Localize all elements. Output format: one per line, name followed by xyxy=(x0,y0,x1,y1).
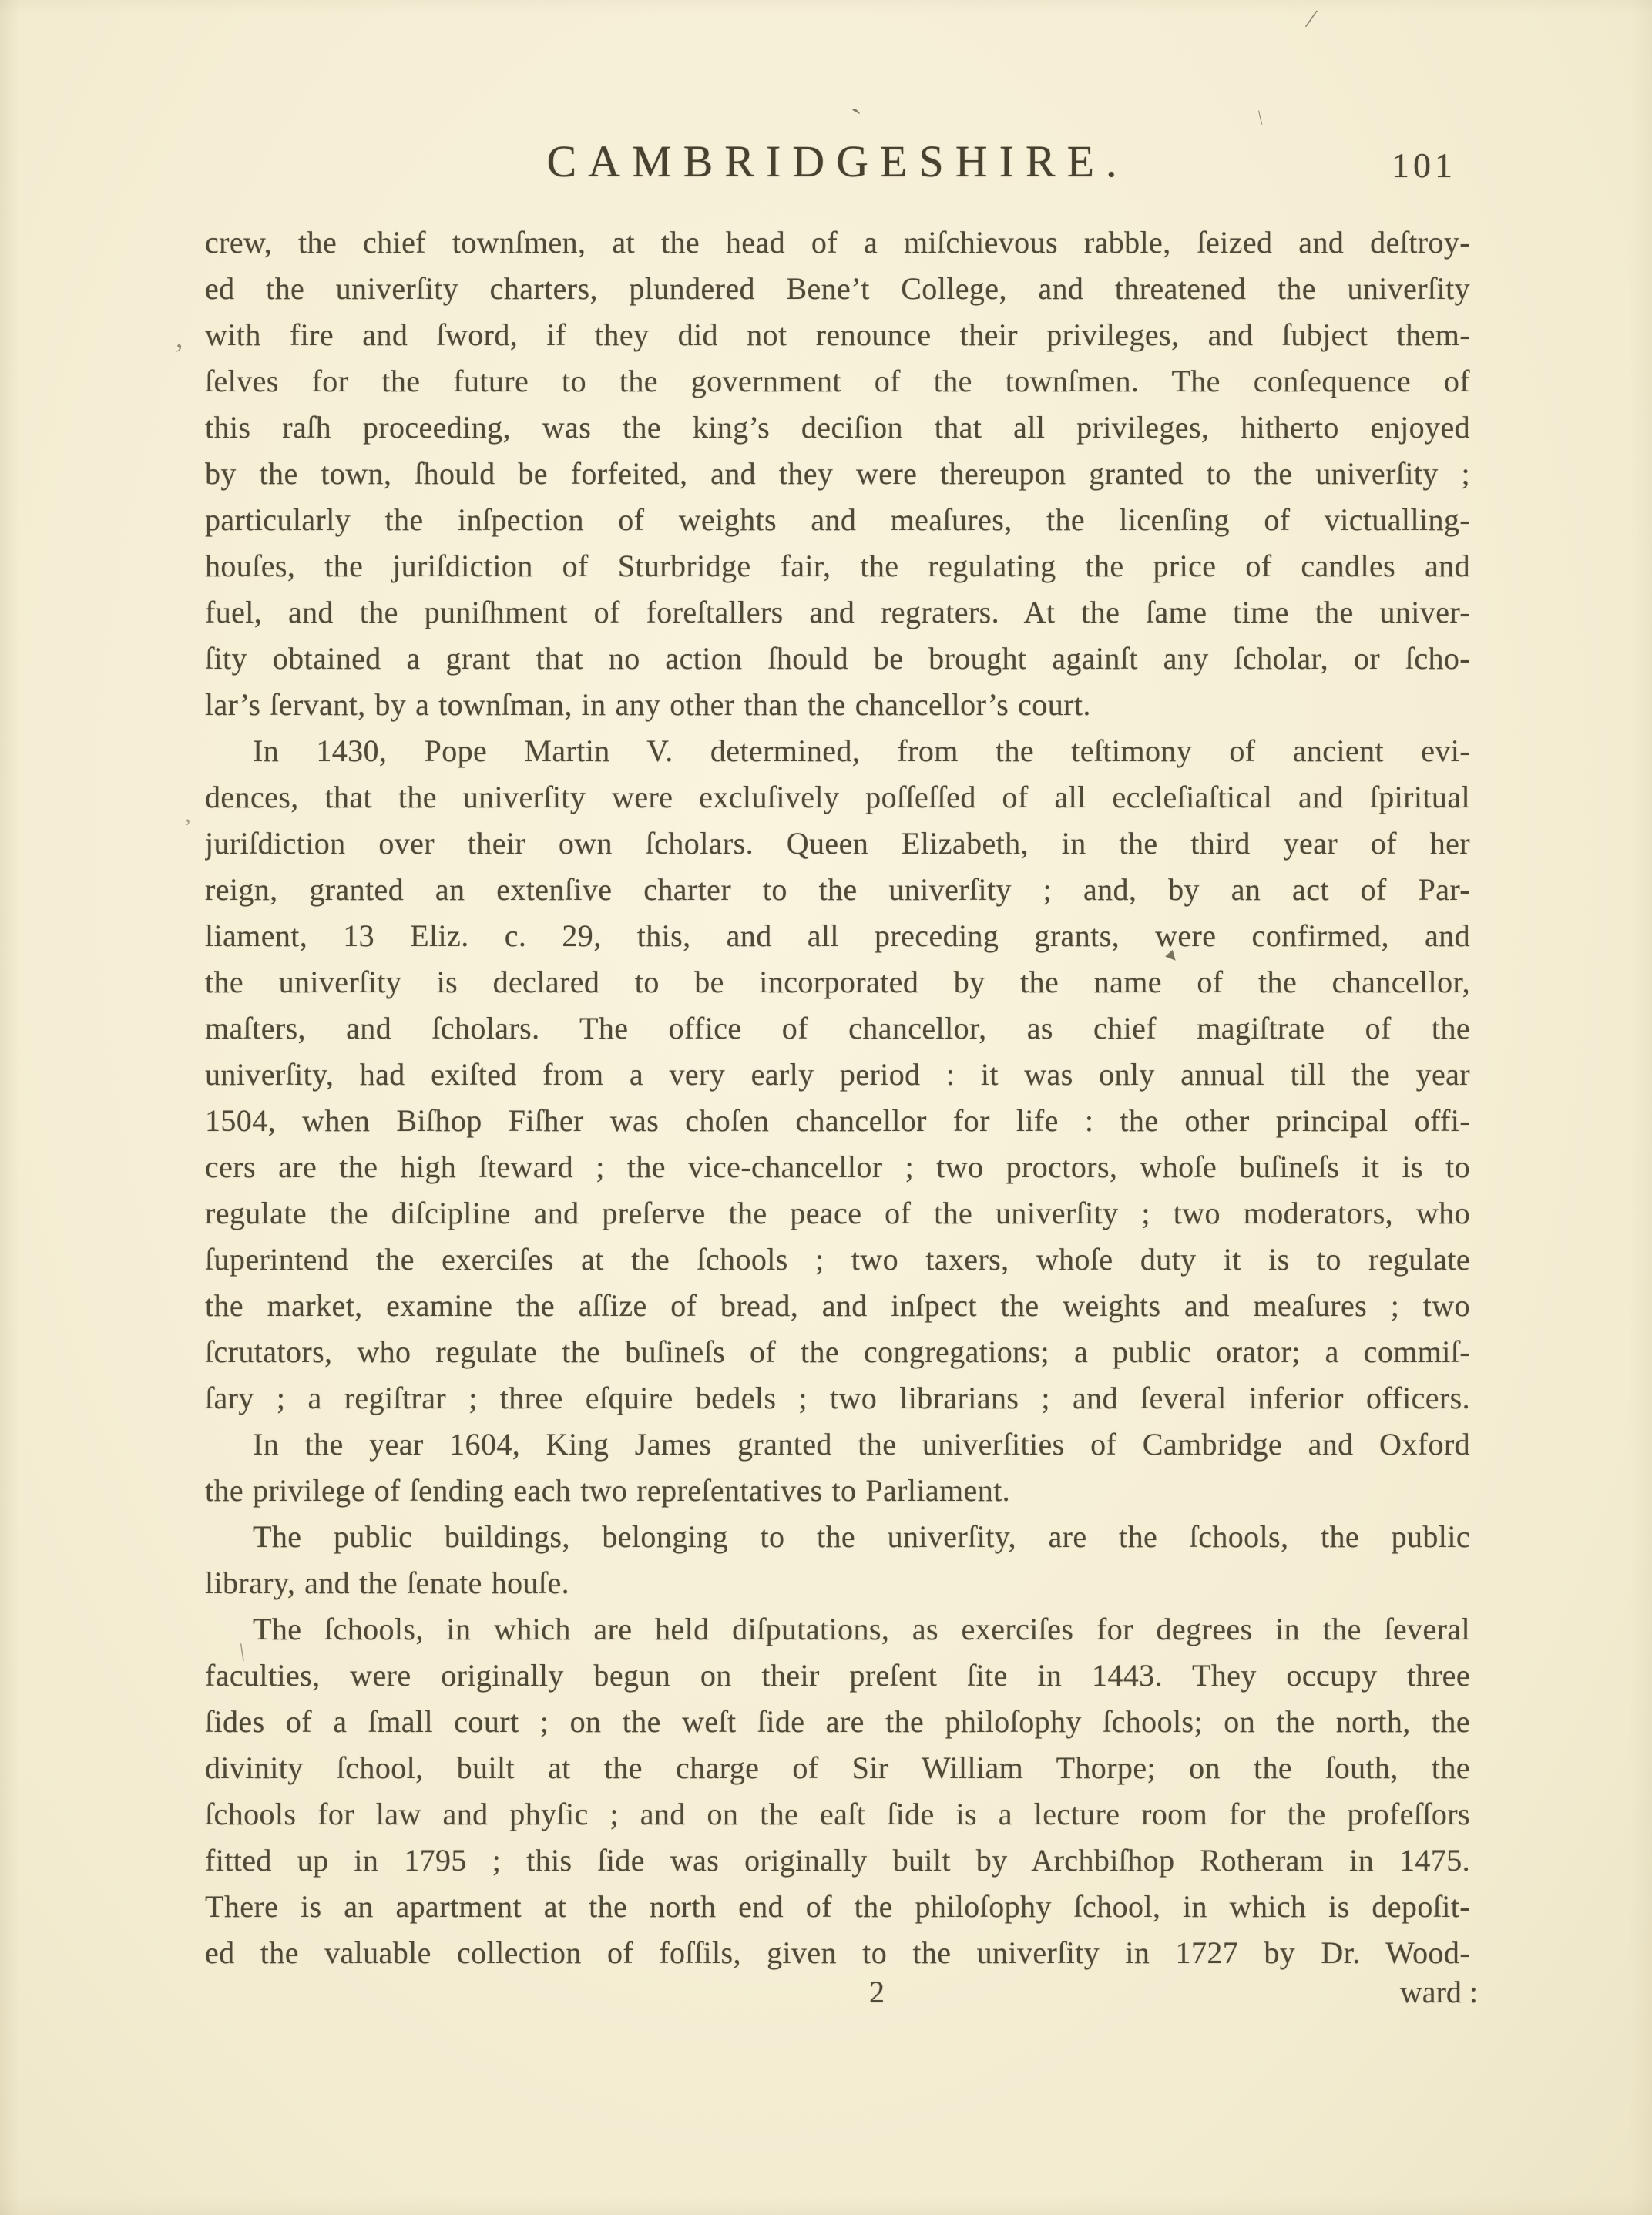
text-line: houſes, the juriſdiction of Sturbridge f… xyxy=(205,543,1470,589)
text-line: the privilege of ſending each two repreſ… xyxy=(205,1468,1470,1514)
text-line: 1504, when Biſhop Fiſher was choſen chan… xyxy=(205,1098,1470,1144)
text-line: dences, that the univerſity were excluſi… xyxy=(205,774,1470,821)
text-line: crew, the chief townſmen, at the head of… xyxy=(205,220,1470,266)
text-line: ed the univerſity charters, plundered Be… xyxy=(205,266,1470,312)
text-line: ſary ; a regiſtrar ; three eſquire bedel… xyxy=(205,1375,1470,1421)
text-line: divinity ſchool, built at the charge of … xyxy=(205,1745,1470,1791)
text-line: maſters, and ſcholars. The office of cha… xyxy=(205,1005,1470,1052)
text-line: cers are the high ſteward ; the vice-cha… xyxy=(205,1144,1470,1190)
text-line: faculties, were originally begun on thei… xyxy=(205,1653,1470,1699)
text-line: with fire and ſword, if they did not ren… xyxy=(205,312,1470,358)
text-line: The ſchools, in which are held diſputati… xyxy=(205,1606,1470,1653)
text-line: by the town, ſhould be forfeited, and th… xyxy=(205,451,1470,497)
text-line: ſcrutators, who regulate the buſineſs of… xyxy=(205,1329,1470,1375)
text-line: fitted up in 1795 ; this ſide was origin… xyxy=(205,1837,1470,1884)
text-line: univerſity, had exiſted from a very earl… xyxy=(205,1052,1470,1098)
running-title: CAMBRIDGESHIRE. xyxy=(205,137,1470,186)
text-line: ſides of a ſmall court ; on the weſt ſid… xyxy=(205,1699,1470,1745)
text-line: the market, examine the aſſize of bread,… xyxy=(205,1283,1470,1329)
text-block: crew, the chief townſmen, at the head of… xyxy=(205,220,1470,1976)
text-line: ſuperintend the exerciſes at the ſchools… xyxy=(205,1237,1470,1283)
text-line: reign, granted an extenſive charter to t… xyxy=(205,867,1470,913)
text-line: particularly the inſpection of weights a… xyxy=(205,497,1470,543)
ink-speck: , xyxy=(176,324,183,353)
text-line: In 1430, Pope Martin V. determined, from… xyxy=(205,728,1470,774)
text-line: the univerſity is declared to be incorpo… xyxy=(205,959,1470,1005)
text-line: ſelves for the future to the government … xyxy=(205,358,1470,404)
ink-speck: \ xyxy=(1257,108,1264,129)
text-line: lar’s ſervant, by a townſman, in any oth… xyxy=(205,682,1470,728)
text-line: In the year 1604, King James granted the… xyxy=(205,1421,1470,1468)
text-line: ſity obtained a grant that no action ſho… xyxy=(205,636,1470,682)
book-page-scan: CAMBRIDGESHIRE. 101 crew, the chief town… xyxy=(0,0,1652,2215)
ink-speck: , xyxy=(185,801,191,826)
text-line: this raſh proceeding, was the king’s dec… xyxy=(205,404,1470,451)
text-line: liament, 13 Eliz. c. 29, this, and all p… xyxy=(205,913,1470,959)
text-line: juriſdiction over their own ſcholars. Qu… xyxy=(205,821,1470,867)
text-line: The public buildings, belonging to the u… xyxy=(205,1514,1470,1560)
ink-speck: ` xyxy=(850,104,866,139)
page-number: 101 xyxy=(1392,148,1456,183)
text-line: There is an apartment at the north end o… xyxy=(205,1884,1470,1930)
page-header: CAMBRIDGESHIRE. 101 xyxy=(205,137,1470,191)
catchword: ward : xyxy=(1400,1969,1478,2015)
text-line: fuel, and the puniſhment of foreſtallers… xyxy=(205,589,1470,636)
text-line: regulate the diſcipline and preſerve the… xyxy=(205,1190,1470,1237)
signature-mark: 2 xyxy=(869,1969,885,2015)
ink-speck: / xyxy=(1304,4,1319,32)
text-line: ſchools for law and phyſic ; and on the … xyxy=(205,1791,1470,1837)
page-footer: 2 ward : xyxy=(205,1969,1478,2017)
text-line: library, and the ſenate houſe. xyxy=(205,1560,1470,1606)
